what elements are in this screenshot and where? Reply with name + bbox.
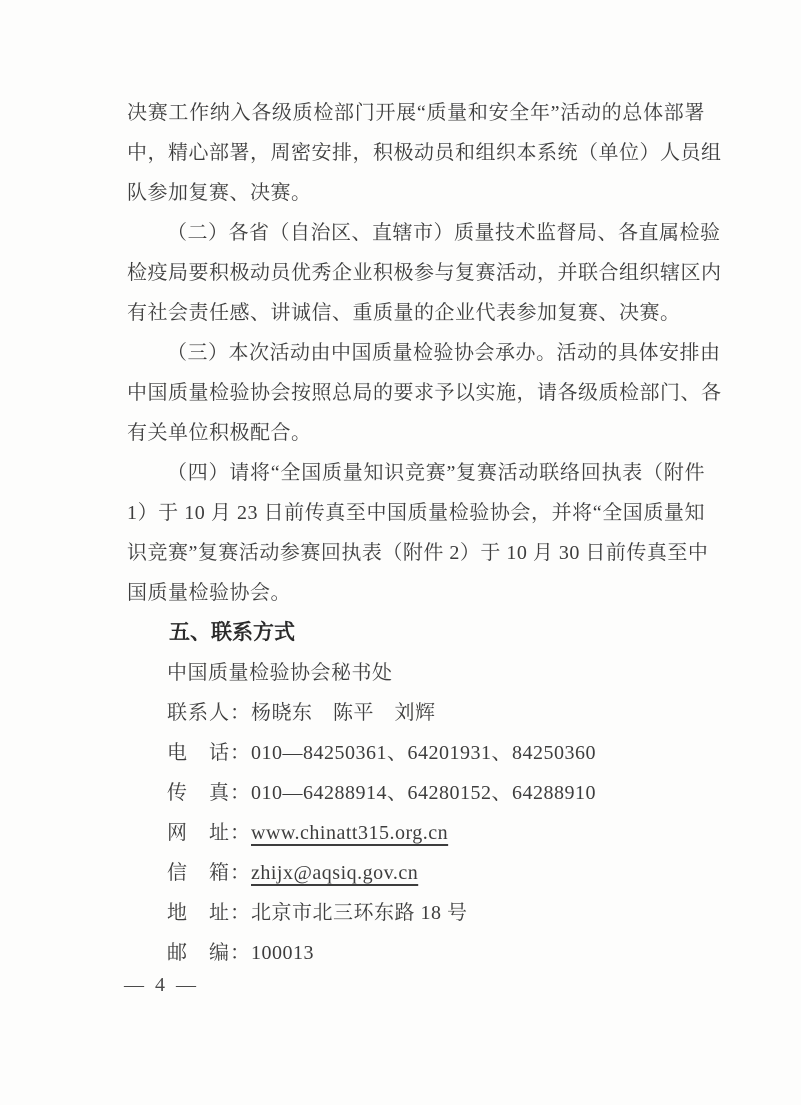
text-line: 有社会责任感、讲诚信、重质量的企业代表参加复赛、决赛。: [127, 293, 705, 333]
text-line: 中，精心部署，周密安排，积极动员和组织本系统（单位）人员组: [127, 133, 705, 173]
contact-row: 信 箱：zhijx@aqsiq.gov.cn: [127, 853, 705, 893]
document-body: 决赛工作纳入各级质检部门开展“质量和安全年”活动的总体部署中，精心部署，周密安排…: [127, 93, 705, 973]
text-line: 1）于 10 月 23 日前传真至中国质量检验协会，并将“全国质量知: [127, 493, 705, 533]
page-number: — 4 —: [124, 970, 199, 1000]
contact-label: 网 址：: [167, 822, 251, 844]
text-line: 检疫局要积极动员优秀企业积极参与复赛活动，并联合组织辖区内: [127, 253, 705, 293]
contact-value: 010—64288914、64280152、64288910: [251, 782, 596, 804]
contact-label: 传 真：: [167, 782, 251, 804]
contact-row: 地 址：北京市北三环东路 18 号: [127, 893, 705, 933]
contact-link-value: zhijx@aqsiq.gov.cn: [251, 862, 418, 884]
text-line: 决赛工作纳入各级质检部门开展“质量和安全年”活动的总体部署: [127, 93, 705, 133]
contact-list: 联系人：杨晓东 陈平 刘辉电 话：010—84250361、64201931、8…: [127, 693, 705, 973]
text-line: （二）各省（自治区、直辖市）质量技术监督局、各直属检验: [127, 213, 705, 253]
paragraphs-container: 决赛工作纳入各级质检部门开展“质量和安全年”活动的总体部署中，精心部署，周密安排…: [127, 93, 705, 613]
contact-row: 邮 编：100013: [127, 933, 705, 973]
contact-label: 邮 编：: [167, 942, 251, 964]
contact-row: 电 话：010—84250361、64201931、84250360: [127, 733, 705, 773]
contact-label: 信 箱：: [167, 862, 251, 884]
text-line: 国质量检验协会。: [127, 573, 705, 613]
contact-row: 联系人：杨晓东 陈平 刘辉: [127, 693, 705, 733]
contact-label: 联系人：: [167, 702, 251, 724]
contact-label: 地 址：: [167, 902, 251, 924]
text-line: （三）本次活动由中国质量检验协会承办。活动的具体安排由: [127, 333, 705, 373]
text-line: 识竞赛”复赛活动参赛回执表（附件 2）于 10 月 30 日前传真至中: [127, 533, 705, 573]
contact-link-value: www.chinatt315.org.cn: [251, 822, 448, 844]
contact-value: 100013: [251, 942, 314, 964]
contact-row: 传 真：010—64288914、64280152、64288910: [127, 773, 705, 813]
text-line: 有关单位积极配合。: [127, 413, 705, 453]
contact-value: 杨晓东 陈平 刘辉: [251, 702, 436, 724]
section-heading: 五、联系方式: [127, 613, 705, 653]
contact-value: 010—84250361、64201931、84250360: [251, 742, 596, 764]
contact-label: 电 话：: [167, 742, 251, 764]
contact-org-line: 中国质量检验协会秘书处: [127, 653, 705, 693]
text-line: 队参加复赛、决赛。: [127, 173, 705, 213]
contact-row: 网 址：www.chinatt315.org.cn: [127, 813, 705, 853]
text-line: 中国质量检验协会按照总局的要求予以实施，请各级质检部门、各: [127, 373, 705, 413]
text-line: （四）请将“全国质量知识竞赛”复赛活动联络回执表（附件: [127, 453, 705, 493]
contact-value: 北京市北三环东路 18 号: [251, 902, 468, 924]
document-page: 决赛工作纳入各级质检部门开展“质量和安全年”活动的总体部署中，精心部署，周密安排…: [0, 0, 801, 1105]
